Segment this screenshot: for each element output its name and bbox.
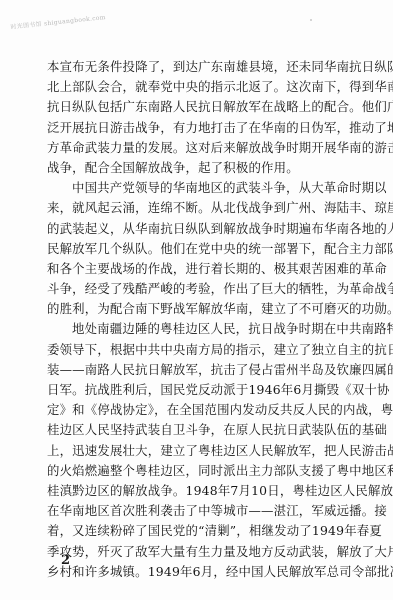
text-line: 定》和《停战协定》，在全国范围内发动反共反人民的内战，粤 xyxy=(47,400,353,420)
text-line: 桂滇黔边区的解放战争。1948年7月10日，粤桂边区人民解放军 xyxy=(47,481,353,501)
text-line: 的武装起义，从华南抗日纵队到解放战争时期遍布华南各地的人 xyxy=(47,219,353,239)
text-line: 装——南路人民抗日解放军，抗击了侵占雷州半岛及钦廉四属的 xyxy=(47,360,353,380)
text-line: 的胜利，为配合南下野战军解放华南，建立了不可磨灭的功勋。 xyxy=(47,299,353,319)
watermark-text: 时光图书馆 shiguangbook.com xyxy=(10,12,106,31)
text-line: 季攻势，歼灭了敌军大量有生力量及地方反动武装，解放了大片 xyxy=(47,542,353,562)
text-line: 民解放军几个纵队。他们在党中央的统一部署下，配合主力部队 xyxy=(47,239,353,259)
text-line: 委领导下，根据中共中央南方局的指示，建立了独立自主的抗日武 xyxy=(47,340,353,360)
text-line: 的火焰燃遍整个粤桂边区，同时派出主力部队支援了粤中地区和 xyxy=(47,461,353,481)
paragraph: 地处南疆边陲的粤桂边区人民，抗日战争时期在中共南路特 委领导下，根据中共中央南方… xyxy=(47,319,353,581)
text-line: 来，就风起云涌，连绵不断。从北伐战争到广州、海陆丰、琼崖 xyxy=(47,198,353,218)
text-line: 中国共产党领导的华南地区的武装斗争，从大革命时期以 xyxy=(47,178,353,198)
paragraph: 本宣布无条件投降了，到达广东南雄县境，还未同华南抗日纵队 北上部队会合，就奉党中… xyxy=(47,57,353,178)
text-line: 泛开展抗日游击战争，有力地打击了在华南的日伪军，推动了地 xyxy=(47,118,353,138)
body-text: 本宣布无条件投降了，到达广东南雄县境，还未同华南抗日纵队 北上部队会合，就奉党中… xyxy=(47,57,353,582)
text-line: 地处南疆边陲的粤桂边区人民，抗日战争时期在中共南路特 xyxy=(47,319,353,339)
text-line: 着，又连续粉碎了国民党的“清剿”，相继发动了1949年春夏 xyxy=(47,521,353,541)
text-line: 上，迅速发展壮大，建立了粤桂边区人民解放军，把人民游击战争 xyxy=(47,441,353,461)
text-line: 抗日纵队包括广东南路人民抗日解放军在战略上的配合。他们广 xyxy=(47,97,353,117)
scan-artifact xyxy=(310,19,312,21)
document-page: 时光图书馆 shiguangbook.com 本宣布无条件投降了，到达广东南雄县… xyxy=(0,0,393,600)
text-line: 乡村和许多城镇。1949年6月，经中国人民解放军总司令部批准 xyxy=(47,562,353,582)
text-line: 和各个主要战场的作战，进行着长期的、极其艰苦困难的革命 xyxy=(47,259,353,279)
text-line: 日军。抗战胜利后，国民党反动派于1946年6月撕毁《双十协 xyxy=(47,380,353,400)
text-line: 斗争，经受了残酷严峻的考验，作出了巨大的牺牲，为革命战争 xyxy=(47,279,353,299)
text-line: 战争，配合全国解放战争，起了积极的作用。 xyxy=(47,158,353,178)
text-line: 本宣布无条件投降了，到达广东南雄县境，还未同华南抗日纵队 xyxy=(47,57,353,77)
text-line: 在华南地区首次胜利袭击了中等城市——湛江，军威远播。接 xyxy=(47,501,353,521)
text-line: 桂边区人民坚持武装自卫斗争，在原人民抗日武装队伍的基础 xyxy=(47,420,353,440)
text-line: 方革命武装力量的发展。这对后来解放战争时期开展华南的游击 xyxy=(47,138,353,158)
paragraph: 中国共产党领导的华南地区的武装斗争，从大革命时期以 来，就风起云涌，连绵不断。从… xyxy=(47,178,353,319)
page-number: 2 xyxy=(61,553,70,568)
text-line: 北上部队会合，就奉党中央的指示北返了。这次南下，得到华南 xyxy=(47,77,353,97)
